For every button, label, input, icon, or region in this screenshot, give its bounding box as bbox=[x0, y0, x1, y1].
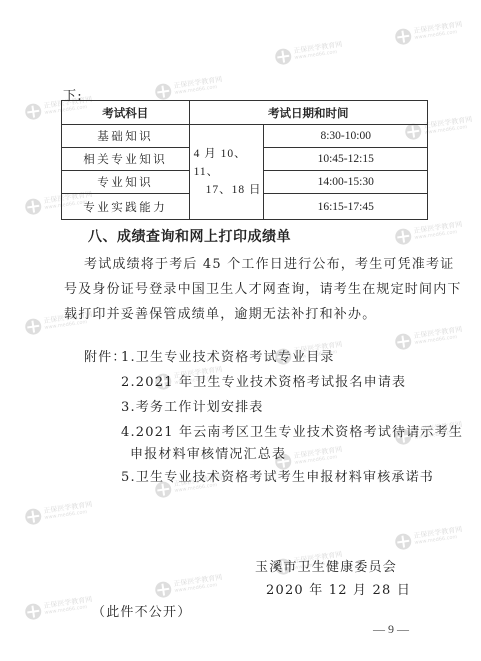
issue-date: 2020 年 12 月 28 日 bbox=[266, 579, 411, 598]
subject-cell: 相关专业知识 bbox=[62, 148, 190, 171]
attachment-item-continuation: 申报材料审核情况汇总表 bbox=[130, 443, 286, 462]
watermark-logo-icon bbox=[154, 83, 172, 101]
watermark: 正保医学教育网www.med66.com bbox=[394, 525, 464, 550]
issuing-organization: 玉溪市卫生健康委员会 bbox=[255, 556, 397, 575]
watermark-logo-icon bbox=[274, 48, 292, 66]
page-number: — 9 — bbox=[373, 622, 409, 637]
table-row: 基础知识 4 月 10、11、 17、18 日 8:30-10:00 bbox=[62, 125, 428, 148]
subject-cell: 专业实践能力 bbox=[62, 194, 190, 220]
watermark: 正保医学教育网www.med66.com bbox=[394, 325, 464, 350]
watermark-logo-icon bbox=[394, 28, 412, 46]
paragraph-line: 号及身份证号登录中国卫生人才网查询，请考生在规定时间内下 bbox=[64, 278, 462, 297]
attachment-item: 4.2021 年云南考区卫生专业技术资格考试待请示考生 bbox=[121, 421, 463, 440]
watermark: 正保医学教育网www.med66.com bbox=[394, 20, 464, 45]
header-date-time: 考试日期和时间 bbox=[189, 101, 427, 125]
header-subject: 考试科目 bbox=[62, 101, 190, 125]
exam-date-cell: 4 月 10、11、 17、18 日 bbox=[189, 125, 264, 220]
watermark: 正保医学教育网www.med66.com bbox=[24, 595, 94, 620]
watermark-logo-icon bbox=[24, 508, 42, 526]
exam-schedule-table: 考试科目 考试日期和时间 基础知识 4 月 10、11、 17、18 日 8:3… bbox=[61, 100, 428, 220]
watermark-logo-icon bbox=[394, 533, 412, 551]
paragraph-line: 考试成绩将于考后 45 个工作日进行公布，考生可凭准考证 bbox=[84, 253, 454, 272]
exam-date-line1: 4 月 10、11、 bbox=[194, 145, 264, 181]
watermark-logo-icon bbox=[24, 318, 42, 336]
attachment-item: 2.2021 年卫生专业技术资格考试报名申请表 bbox=[121, 371, 406, 390]
time-cell: 10:45-12:15 bbox=[264, 148, 428, 171]
table-header-row: 考试科目 考试日期和时间 bbox=[62, 101, 428, 125]
watermark-logo-icon bbox=[394, 333, 412, 351]
time-cell: 8:30-10:00 bbox=[264, 125, 428, 148]
watermark: 正保医学教育网www.med66.com bbox=[24, 500, 94, 525]
watermark: 正保医学教育网www.med66.com bbox=[394, 220, 464, 245]
watermark-logo-icon bbox=[24, 198, 42, 216]
watermark-logo-icon bbox=[24, 603, 42, 621]
subject-cell: 专业知识 bbox=[62, 171, 190, 194]
section-heading: 八、成绩查询和网上打印成绩单 bbox=[88, 226, 291, 246]
watermark-logo-icon bbox=[394, 228, 412, 246]
confidentiality-note: （此件不公开） bbox=[92, 601, 191, 620]
attachment-item: 1.卫生专业技术资格考试专业目录 bbox=[121, 346, 335, 365]
time-cell: 14:00-15:30 bbox=[264, 171, 428, 194]
time-cell: 16:15-17:45 bbox=[264, 194, 428, 220]
watermark: 正保医学教育网www.med66.com bbox=[274, 40, 344, 65]
subject-cell: 基础知识 bbox=[62, 125, 190, 148]
watermark: 正保医学教育网www.med66.com bbox=[154, 573, 224, 598]
exam-date-line2: 17、18 日 bbox=[194, 181, 264, 199]
watermark-logo-icon bbox=[24, 103, 42, 121]
attachment-item: 5.卫生专业技术资格考试考生申报材料审核承诺书 bbox=[121, 466, 434, 485]
watermark-logo-icon bbox=[154, 581, 172, 599]
watermark: 正保医学教育网www.med66.com bbox=[154, 75, 224, 100]
paragraph-line: 载打印并妥善保管成绩单，逾期无法补打和补办。 bbox=[64, 303, 376, 322]
attachment-item: 3.考务工作计划安排表 bbox=[121, 396, 264, 415]
